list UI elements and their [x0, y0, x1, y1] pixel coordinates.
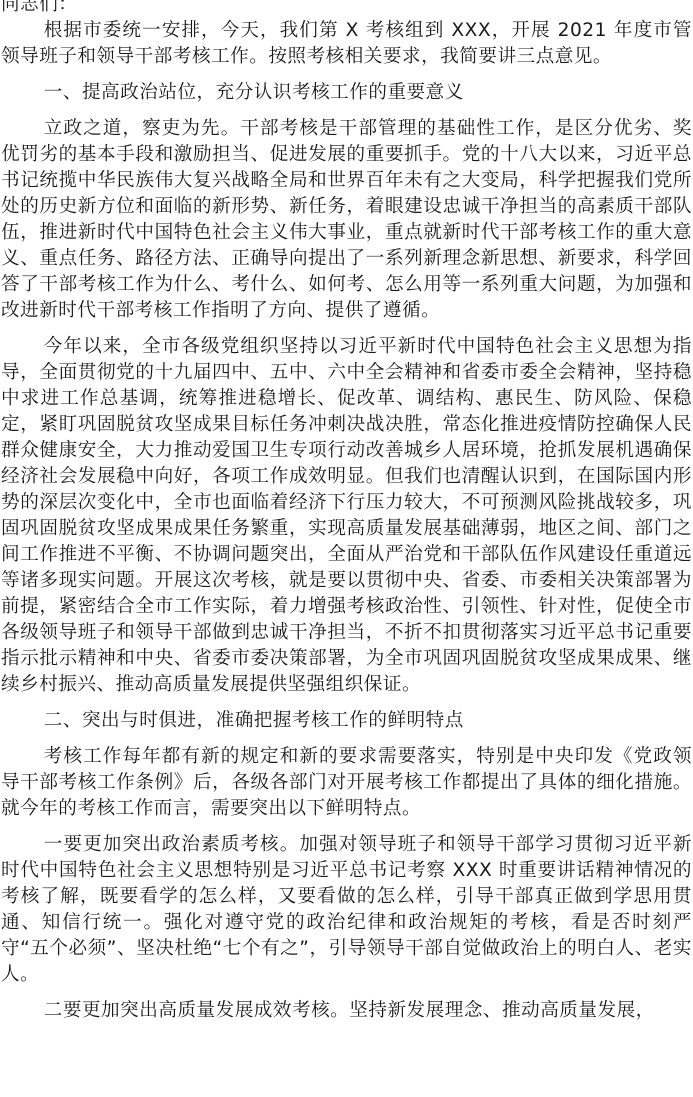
document-page: 同志们： 根据市委统一安排，今天，我们第 X 考核组到 XXX，开展 2021 … — [0, 0, 693, 1024]
greeting: 同志们： — [1, 0, 692, 18]
body-paragraph: 一要更加突出政治素质考核。加强对领导班子和领导干部学习贯彻习近平新时代中国特色社… — [1, 832, 692, 988]
section-heading-2: 二、突出与时俱进，准确把握考核工作的鲜明特点 — [1, 708, 692, 734]
intro-paragraph: 根据市委统一安排，今天，我们第 X 考核组到 XXX，开展 2021 年度市管领… — [1, 18, 692, 70]
section-heading-1: 一、提高政治站位，充分认识考核工作的重要意义 — [1, 80, 692, 106]
body-paragraph: 立政之道，察吏为先。干部考核是干部管理的基础性工作，是区分优劣、奖优罚劣的基本手… — [1, 116, 692, 324]
body-paragraph: 二要更加突出高质量发展成效考核。坚持新发展理念、推动高质量发展， — [1, 998, 692, 1024]
body-paragraph: 今年以来，全市各级党组织坚持以习近平新时代中国特色社会主义思想为指导，全面贯彻党… — [1, 334, 692, 698]
body-paragraph: 考核工作每年都有新的规定和新的要求需要落实，特别是中央印发《党政领导干部考核工作… — [1, 744, 692, 822]
